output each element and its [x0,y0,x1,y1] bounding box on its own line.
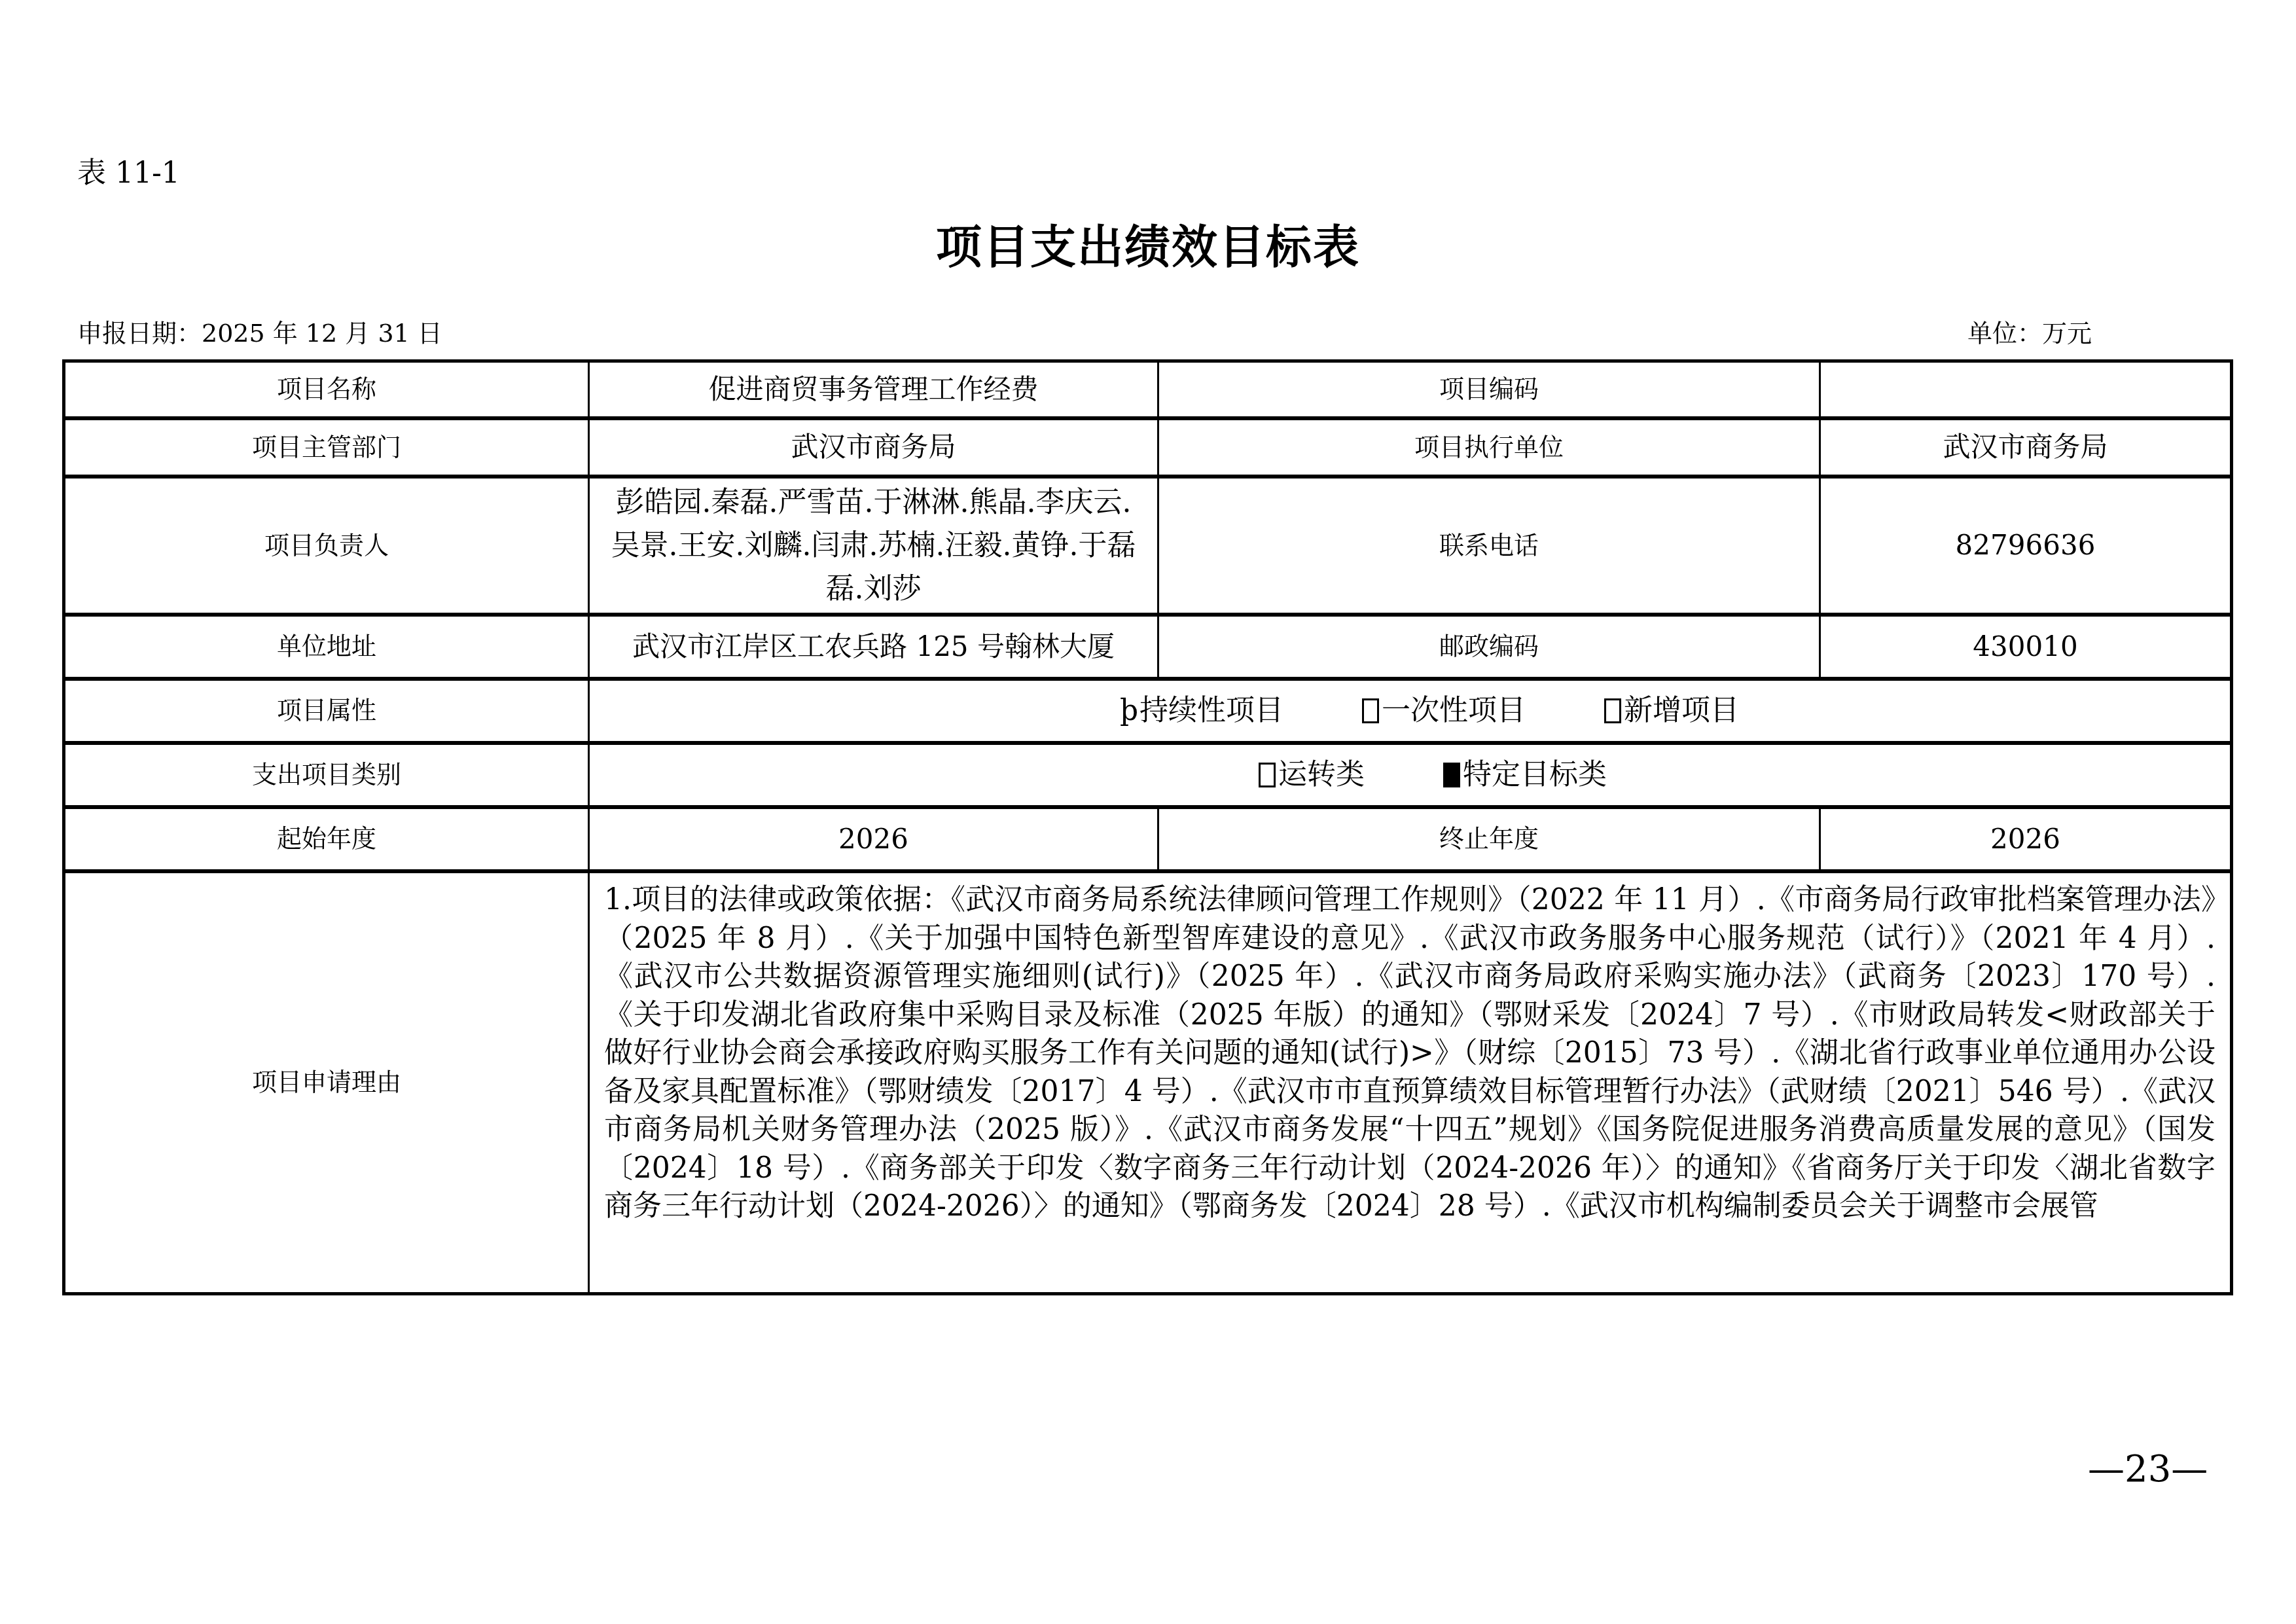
value-postal-code: 430010 [1821,617,2230,681]
label-contact-phone: 联系电话 [1159,478,1821,617]
value-executing-unit: 武汉市商务局 [1821,420,2230,478]
page-number: —23— [2088,1448,2208,1490]
checked-mark-icon: þ [1120,691,1138,730]
currency-unit: 单位：万元 [1967,313,2092,349]
label-application-reason: 项目申请理由 [65,873,590,1292]
label-project-name: 项目名称 [65,363,590,420]
value-contact-phone: 82796636 [1821,478,2230,617]
option-specific-target[interactable]: 特定目标类 [1443,755,1607,794]
expenditure-category-options: 运转类 特定目标类 [590,745,2230,809]
option-label: 特定目标类 [1463,755,1607,794]
option-continuing-project[interactable]: þ 持续性项目 [1120,691,1283,730]
checkbox-filled-icon [1443,763,1460,787]
label-unit-address: 单位地址 [65,617,590,681]
value-unit-address: 武汉市江岸区工农兵路 125 号翰林大厦 [590,617,1159,681]
option-label: 新增项目 [1624,691,1739,730]
option-operational[interactable]: 运转类 [1259,755,1365,794]
option-one-time-project[interactable]: 一次性项目 [1362,691,1526,730]
option-label: 一次性项目 [1382,691,1526,730]
value-project-leaders: 彭皓园.秦磊.严雪苗.于淋淋.熊晶.李庆云.吴景.王安.刘麟.闫肃.苏楠.汪毅.… [590,478,1159,617]
label-end-year: 终止年度 [1159,809,1821,873]
label-project-attribute: 项目属性 [65,681,590,745]
label-project-code: 项目编码 [1159,363,1821,420]
label-project-leader: 项目负责人 [65,478,590,617]
label-supervising-department: 项目主管部门 [65,420,590,478]
checkbox-empty-icon [1259,763,1276,787]
option-new-project[interactable]: 新增项目 [1604,691,1739,730]
label-expenditure-category: 支出项目类别 [65,745,590,809]
table-number-label: 表 11-1 [77,149,180,191]
project-attribute-options: þ 持续性项目 一次性项目 新增项目 [590,681,2230,745]
value-application-reason: 1.项目的法律或政策依据：《武汉市商务局系统法律顾问管理工作规则》（2022 年… [590,873,2230,1292]
value-end-year: 2026 [1821,809,2230,873]
value-start-year: 2026 [590,809,1159,873]
option-label: 持续性项目 [1139,691,1283,730]
value-supervising-department: 武汉市商务局 [590,420,1159,478]
label-executing-unit: 项目执行单位 [1159,420,1821,478]
label-postal-code: 邮政编码 [1159,617,1821,681]
performance-target-table: 项目名称 促进商贸事务管理工作经费 项目编码 项目主管部门 武汉市商务局 项目执… [62,359,2233,1295]
value-project-code [1821,363,2230,420]
report-date: 申报日期：2025 年 12 月 31 日 [77,313,442,349]
value-project-name: 促进商贸事务管理工作经费 [590,363,1159,420]
option-label: 运转类 [1278,755,1365,794]
page-title: 项目支出绩效目标表 [0,211,2296,277]
checkbox-empty-icon [1604,698,1621,723]
checkbox-empty-icon [1362,698,1379,723]
label-start-year: 起始年度 [65,809,590,873]
